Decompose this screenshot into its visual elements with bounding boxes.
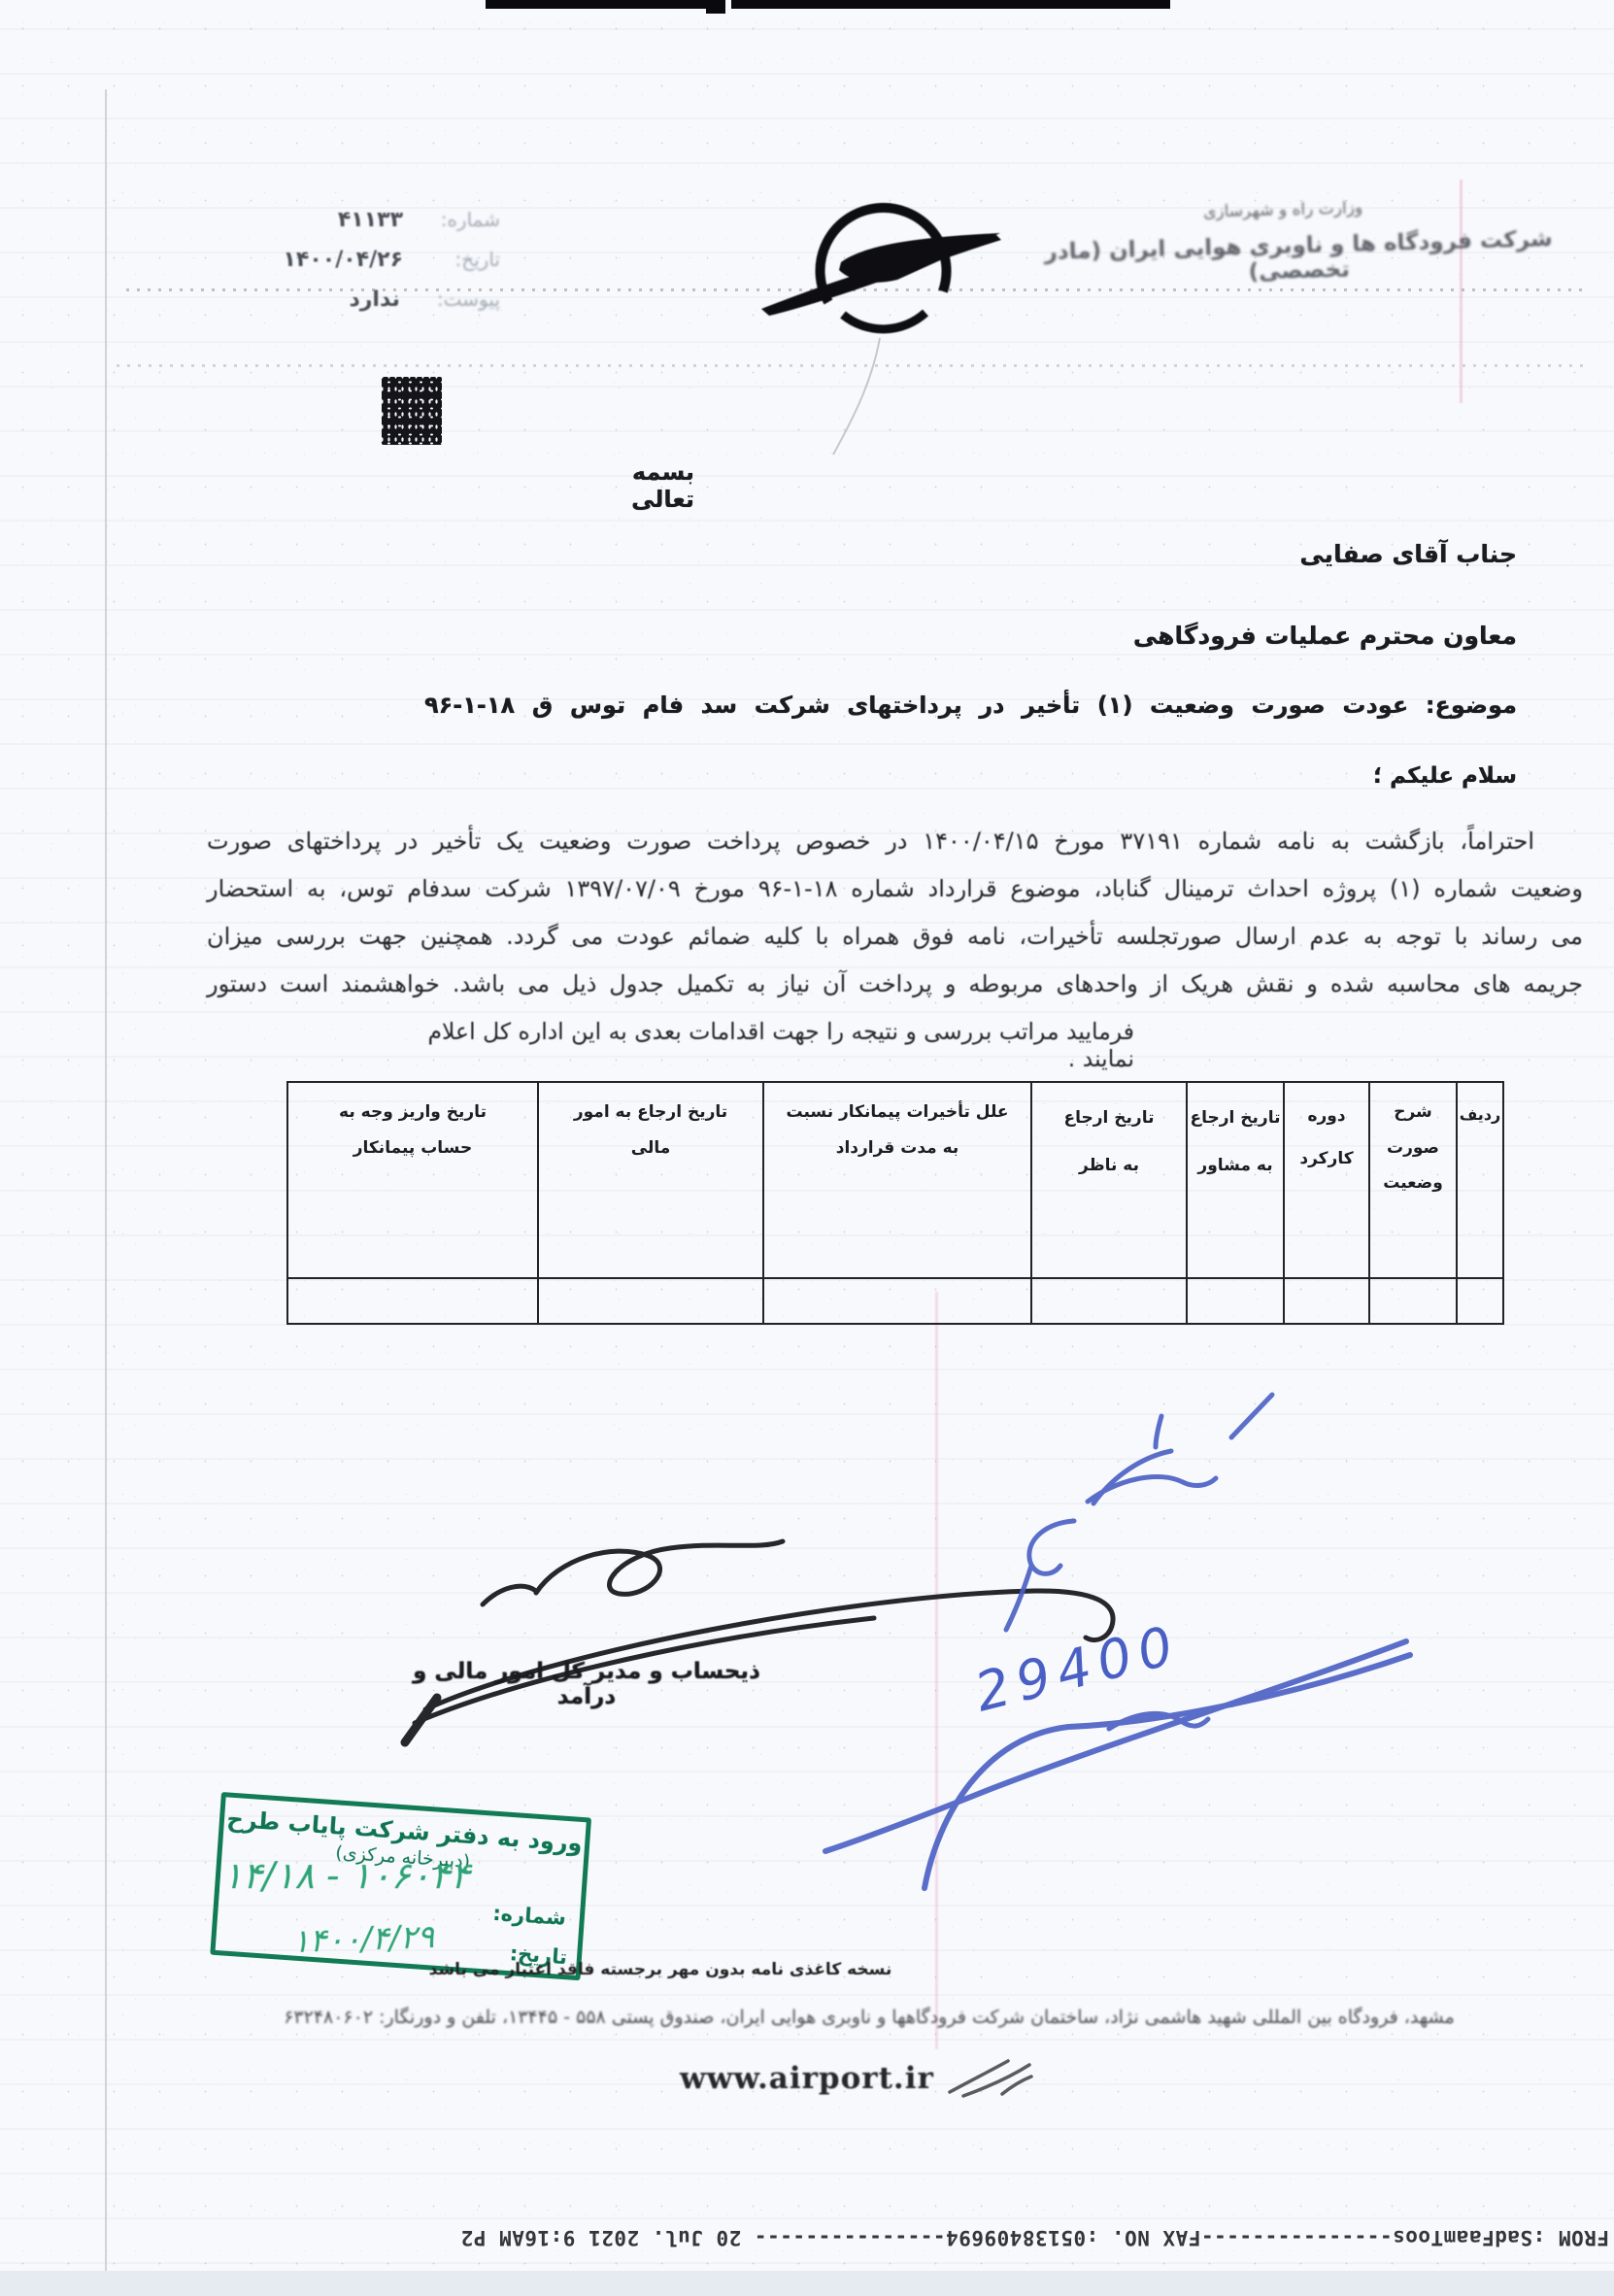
table-cell <box>1030 1279 1186 1323</box>
pen-squiggle-icon <box>944 2051 1036 2105</box>
recipient-title: معاون محترم عملیات فرودگاهی <box>1133 622 1517 650</box>
body-line: احتراماً، بازگشت به نامه شماره ۳۷۱۹۱ مور… <box>207 827 1583 855</box>
column-header-contractor-delay-causes: علل تأخیرات پیمانکار نسبت به مدت قرارداد <box>762 1083 1030 1277</box>
fax-scan-top-strip <box>731 0 1170 9</box>
ref-number-value: ۴۱۱۳۳ <box>338 208 403 232</box>
stamp-number-label: شماره: <box>492 1902 567 1930</box>
ref-date-label: تاریخ: <box>440 248 500 271</box>
stamp-date-value: ۱۴۰۰/۴/۲۹ <box>291 1917 435 1960</box>
ref-number-row: شماره: ۴۱۱۳۳ <box>248 208 500 248</box>
ref-attachment-label: پیوست: <box>437 287 500 311</box>
scanner-color-line <box>935 1292 938 2049</box>
ref-attachment-row: پیوست: ندارد <box>248 287 500 327</box>
fax-scan-top-strip <box>486 0 706 9</box>
validity-notice: نسخه کاغذی نامه بدون مهر برجسته فاقد اعت… <box>369 1960 952 1979</box>
handwritten-amount: 29400 <box>969 1613 1187 1724</box>
ref-number-label: شماره: <box>440 208 500 231</box>
letterhead-ministry: وزارت راه و شهرسازی <box>1021 193 1545 226</box>
stamp-number-value: ۱۰۶۰۴۴ - ۱۴/۱۸ <box>222 1854 470 1897</box>
column-header-payment-date: تاریخ واریز وجه به حساب پیمانکار <box>288 1083 537 1277</box>
fax-scan-top-tab <box>706 0 725 14</box>
body-line: وضعیت شماره (۱) پروژه احداث ترمینال گناب… <box>207 875 1583 902</box>
table-empty-row <box>288 1277 1502 1323</box>
signature-scribble <box>405 1541 1113 1742</box>
column-header-work-period: دوره کارکرد <box>1283 1083 1368 1277</box>
receipt-stamp: ورود به دفتر شرکت پایاب طرح (دبیرخانه مر… <box>210 1792 591 1980</box>
column-header-row-number: ردیف <box>1456 1083 1502 1277</box>
table-cell <box>1368 1279 1456 1323</box>
besmele-heading: بسمه تعالی <box>568 458 694 513</box>
body-line: می رساند با توجه به عدم ارسال صورتجلسه ت… <box>207 923 1583 950</box>
letterhead-company: شرکت فرودگاه ها و ناوبری هوایی ایران (ما… <box>1022 226 1576 291</box>
scan-page-edge <box>105 89 107 2296</box>
barcode-block <box>382 377 442 445</box>
body-line: جریمه های محاسبه شده و نقش هریک از واحده… <box>207 970 1583 997</box>
website-line: www.airport.ir <box>680 2051 1036 2105</box>
website-url: www.airport.ir <box>680 2061 934 2096</box>
ref-date-value: ۱۴۰۰/۰۴/۲۶ <box>284 248 404 272</box>
table-cell <box>762 1279 1030 1323</box>
column-header-referral-finance: تاریخ ارجاع به امور مالی <box>537 1083 762 1277</box>
signatory-title: ذیحساب و مدیر کل امور مالی و درآمد <box>406 1659 767 1709</box>
blue-pen-annotation <box>825 1395 1410 1888</box>
column-header-statement-desc: شرح صورت وضعیت <box>1368 1083 1456 1277</box>
ref-attachment-value: ندارد <box>349 287 399 312</box>
body-line: فرمایید مراتب بررسی و نتیجه را جهت اقدام… <box>420 1018 1134 1072</box>
scanned-fax-document: شماره: ۴۱۱۳۳ تاریخ: ۱۴۰۰/۰۴/۲۶ پیوست: ند… <box>0 0 1614 2296</box>
table-cell <box>1283 1279 1368 1323</box>
table-cell <box>288 1279 537 1323</box>
recipient-name: جناب آقای صفایی <box>1299 540 1517 568</box>
scan-bottom-band <box>0 2271 1614 2296</box>
table-cell <box>537 1279 762 1323</box>
subject-line: موضوع: عودت صورت وضعیت (۱) تأخیر در پردا… <box>424 692 1517 719</box>
scan-dotted-streak <box>117 364 1583 367</box>
table-cell <box>1186 1279 1283 1323</box>
table-cell <box>1456 1279 1502 1323</box>
letterhead: وزارت راه و شهرسازی شرکت فرودگاه ها و نا… <box>1021 193 1576 291</box>
address-line: مشهد، فرودگاه بین المللی شهید هاشمی نژاد… <box>219 2007 1520 2028</box>
delay-review-table: ردیف شرح صورت وضعیت دوره کارکرد تاریخ ار… <box>286 1081 1504 1325</box>
table-header-row: ردیف شرح صورت وضعیت دوره کارکرد تاریخ ار… <box>288 1083 1502 1277</box>
fax-transmission-line: FROM :SadFaamToos---------------FAX NO. … <box>148 2226 1609 2249</box>
column-header-referral-supervisor: تاریخ ارجاع به ناظر <box>1030 1083 1186 1277</box>
pen-curve-under-logo <box>833 338 880 455</box>
letter-reference-fields: شماره: ۴۱۱۳۳ تاریخ: ۱۴۰۰/۰۴/۲۶ پیوست: ند… <box>248 208 500 327</box>
iran-airports-logo-icon <box>756 190 1013 341</box>
column-header-referral-consultant: تاریخ ارجاع به مشاور <box>1186 1083 1283 1277</box>
ref-date-row: تاریخ: ۱۴۰۰/۰۴/۲۶ <box>248 248 500 287</box>
salutation: سلام علیکم ؛ <box>1373 763 1517 789</box>
